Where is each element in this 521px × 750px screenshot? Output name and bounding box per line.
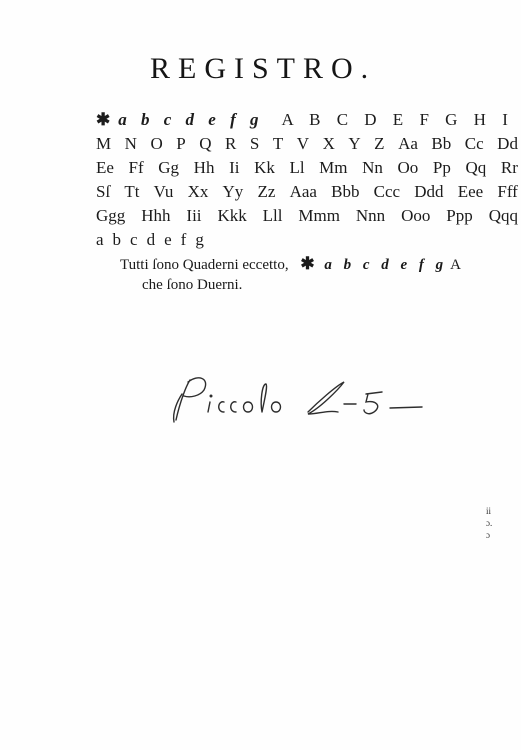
signature: Zz [257,180,275,204]
signature: Kk [254,156,275,180]
page-title: REGISTRO. [150,52,376,86]
note-line-1: Tutti ſono Quaderni eccetto, ✱ a b c d e… [120,254,461,275]
signature: Yy [223,180,244,204]
signature: Kkk [217,204,246,228]
note-text: Tutti ſono Quaderni eccetto, [120,257,289,273]
signature: Bbb [331,180,359,204]
asterisk-symbol-icon: ✱ [96,108,110,132]
signature: Q [199,132,211,156]
capital-signatures: A B C D E F G H I K L [282,108,521,132]
signature: g [195,228,204,252]
signature: Aaa [290,180,317,204]
signature: Vu [154,180,174,204]
signature: Lll [263,204,283,228]
signature: Mm [319,156,347,180]
signature: Gg [158,156,179,180]
margin-mark: ɔ [486,529,506,541]
signature: Ff [129,156,144,180]
signature: Ccc [374,180,400,204]
signature: Ll [289,156,304,180]
italic-signature-sequence: a b c d e f g [324,257,447,273]
signature: Eee [458,180,483,204]
signature: P [176,132,185,156]
register-line-4: Sſ Tt Vu Xx Yy Zz Aaa Bbb Ccc Ddd Eee Ff… [96,180,518,204]
margin-mark: ɔ. [486,517,506,529]
signature: Ee [96,156,114,180]
italic-signatures: a b c d e f g [118,108,263,132]
register-line-6: a b c d e f g [96,228,518,252]
handwritten-annotation: Piccolo L 5 — [168,372,438,432]
signature: Z [374,132,384,156]
signature: Nnn [356,204,385,228]
asterisk-symbol-icon: ✱ [300,254,314,273]
signature: O [150,132,162,156]
signature: Ggg [96,204,125,228]
note-line-2: che ſono Duerni. [120,275,461,295]
signature: Aa [398,132,418,156]
signature: Iii [186,204,201,228]
signature: V [297,132,309,156]
signature: N [125,132,137,156]
signature: Oo [398,156,419,180]
register-line-3: Ee Ff Gg Hh Ii Kk Ll Mm Nn Oo Pp Qq Rr [96,156,518,180]
signature: Xx [188,180,209,204]
signature: Y [348,132,360,156]
signature: R [225,132,236,156]
signature: Dd [497,132,518,156]
signature: Sſ [96,180,110,204]
signature: d [147,228,156,252]
note-text-suffix: A [450,257,461,273]
signature-register: ✱ a b c d e f g A B C D E F G H I K L M … [96,108,518,252]
signature: Ooo [401,204,430,228]
signature: S [250,132,259,156]
quire-note: Tutti ſono Quaderni eccetto, ✱ a b c d e… [120,254,461,295]
signature: f [181,228,187,252]
signature: Rr [501,156,518,180]
signature: M [96,132,111,156]
margin-bleed-through: ii ɔ. ɔ [486,505,506,541]
register-line-1: ✱ a b c d e f g A B C D E F G H I K L [96,108,518,132]
signature: e [164,228,172,252]
register-line-5: Ggg Hhh Iii Kkk Lll Mmm Nnn Ooo Ppp Qqq [96,204,518,228]
signature: Fff [497,180,517,204]
signature: Ii [229,156,239,180]
document-page: REGISTRO. ✱ a b c d e f g A B C D E F G … [0,0,521,750]
signature: Pp [433,156,451,180]
signature: Nn [362,156,383,180]
signature: Mmm [298,204,340,228]
signature: Ddd [414,180,443,204]
signature: c [130,228,138,252]
signature: Hh [194,156,215,180]
signature: Qq [465,156,486,180]
signature: a [96,228,104,252]
margin-mark: ii [486,505,506,517]
signature: Cc [465,132,484,156]
signature: T [273,132,283,156]
signature: Tt [124,180,139,204]
signature: Bb [431,132,451,156]
signature: Ppp [446,204,472,228]
register-line-2: M N O P Q R S T V X Y Z Aa Bb Cc Dd [96,132,518,156]
signature: Hhh [141,204,170,228]
signature: Qqq [489,204,518,228]
signature: b [113,228,122,252]
signature: X [323,132,335,156]
